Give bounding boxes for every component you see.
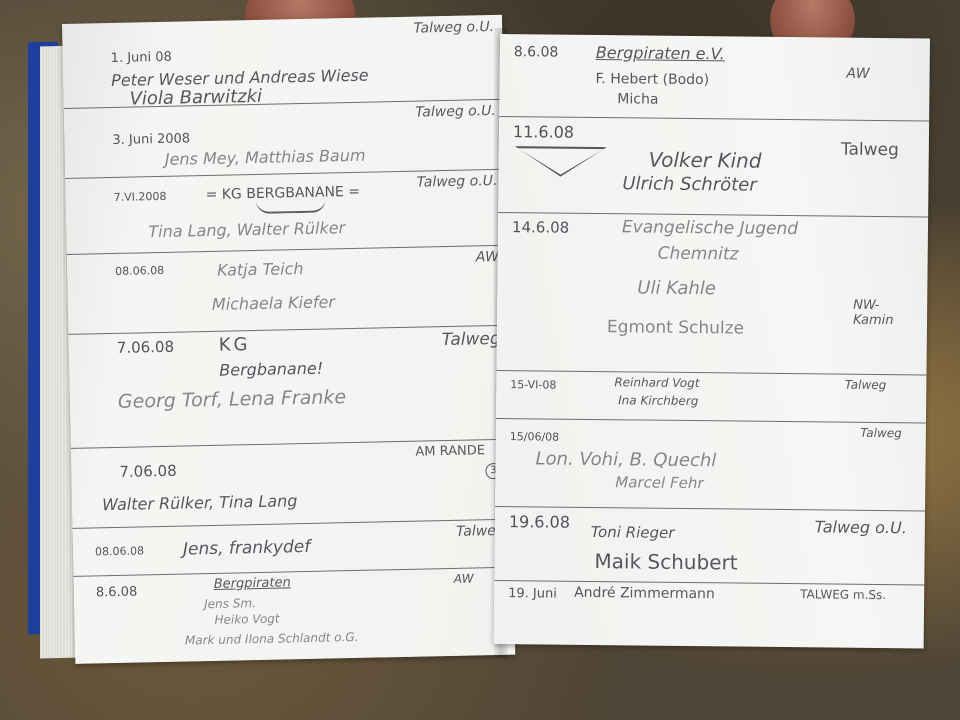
entry-date: 15/06/08 [510, 430, 560, 444]
entry-date: 1. Juni 08 [111, 50, 172, 66]
entry: 7.06.08 AM RANDE 3 Walter Rülker, Tina L… [71, 439, 513, 529]
entry-route: Talweg o.U. [417, 173, 498, 191]
entry-date: 19.6.08 [509, 512, 570, 532]
entry-names: Toni Rieger [591, 523, 675, 542]
entry: 14.6.08 NW-Kamin Evangelische Jugend Che… [496, 212, 928, 375]
entry-names: Michaela Kiefer [212, 292, 335, 314]
group-name: Chemnitz [658, 244, 739, 265]
entry-route: Talweg o.U. [413, 19, 494, 37]
entry-route: AW [846, 66, 869, 82]
entry-route: AW [454, 572, 474, 586]
entry-names: Marcel Fehr [615, 473, 703, 492]
entry-names: Micha [617, 91, 658, 107]
entry-names: Ulrich Schröter [622, 173, 756, 195]
entry: 11.6.08 Talweg Volker Kind Ulrich Schröt… [498, 116, 929, 217]
group-name: Bergpiraten [214, 575, 291, 592]
entry-route: Talweg [841, 140, 899, 161]
entry-date: 15-VI-08 [510, 378, 556, 391]
entry-names: André Zimmermann [574, 585, 715, 602]
triangle-emblem-inner [518, 148, 604, 175]
entry-names: Jens, frankydef [183, 537, 311, 560]
entry-route: AM RANDE [415, 443, 485, 459]
entry: 15-VI-08 Talweg Reinhard Vogt Ina Kirchb… [496, 370, 926, 424]
entry-names: Jens Mey, Matthias Baum [165, 146, 366, 169]
entry-date: 08.06.08 [95, 544, 144, 558]
entry-names: F. Hebert (Bodo) [595, 71, 709, 88]
entry-names: Jens Sm. [204, 596, 256, 611]
entry: 8.6.08 AW Bergpiraten e.V. F. Hebert (Bo… [499, 34, 930, 121]
entry-names: Tina Lang, Walter Rülker [148, 218, 345, 241]
entry-date: 7.06.08 [117, 338, 175, 357]
entry-route: Talweg [442, 329, 501, 350]
entry-date: 7.VI.2008 [114, 190, 167, 204]
group-name: KG [219, 334, 251, 356]
entry-names: Reinhard Vogt [614, 375, 699, 390]
group-name: Evangelische Jugend [622, 217, 798, 239]
entry-names: Maik Schubert [594, 549, 737, 574]
entry-names: Katja Teich [217, 259, 304, 280]
entry-date: 7.06.08 [119, 462, 177, 481]
entry-names: Volker Kind [649, 148, 762, 173]
entry-date: 3. Juni 2008 [112, 131, 190, 148]
entry-route: Talweg [845, 378, 887, 392]
entry-date: 14.6.08 [512, 218, 569, 237]
entry-names: Ina Kirchberg [618, 393, 698, 408]
group-name: Bergpiraten e.V. [596, 43, 725, 63]
entry: 19. Juni TALWEG m.Ss. André Zimmermann [494, 580, 925, 648]
entry: 1. Juni 08 Talweg o.U. Peter Weser und A… [62, 15, 504, 109]
entry-names: Georg Torf, Lena Franke [118, 386, 347, 413]
entry-date: 08.06.08 [115, 264, 164, 278]
entry-names: Heiko Vogt [214, 612, 279, 627]
entry-names: Walter Rülker, Tina Lang [102, 491, 298, 514]
group-name: Bergbanane! [219, 359, 323, 380]
entry-route: NW-Kamin [853, 298, 913, 329]
entry: 19.6.08 Talweg o.U. Toni Rieger Maik Sch… [494, 506, 925, 585]
left-page: 1. Juni 08 Talweg o.U. Peter Weser und A… [62, 15, 515, 664]
entry-names: Egmont Schulze [607, 317, 744, 338]
entry-route: Talweg o.U. [415, 103, 496, 121]
right-page: 8.6.08 AW Bergpiraten e.V. F. Hebert (Bo… [494, 34, 930, 648]
entry: 08.06.08 AW Katja Teich Michaela Kiefer [67, 245, 509, 335]
entry-names: Mark und Ilona Schlandt o.G. [185, 630, 359, 648]
entry-date: 8.6.08 [514, 44, 559, 60]
entry: 7.06.08 Talweg KG Bergbanane! Georg Torf… [68, 325, 510, 449]
entry-date: 8.6.08 [96, 585, 138, 601]
entry-names: Uli Kahle [637, 277, 716, 299]
entry: 15/06/08 Talweg Lon. Vohi, B. Quechl Mar… [495, 418, 926, 511]
entry-date: 19. Juni [508, 586, 557, 602]
entry: 8.6.08 AW Bergpiraten Jens Sm. Heiko Vog… [74, 567, 516, 664]
entry-route: TALWEG m.Ss. [800, 587, 886, 602]
entry-date: 11.6.08 [513, 122, 574, 142]
entry-route: Talweg [860, 426, 902, 440]
entry: 3. Juni 2008 Talweg o.U. Jens Mey, Matth… [64, 99, 505, 179]
entry: 7.VI.2008 Talweg o.U. = KG BERGBANANE = … [65, 169, 507, 255]
banana-icon [256, 199, 326, 214]
entry-route: Talweg o.U. [815, 517, 907, 537]
entry-names: Lon. Vohi, B. Quechl [535, 448, 716, 471]
